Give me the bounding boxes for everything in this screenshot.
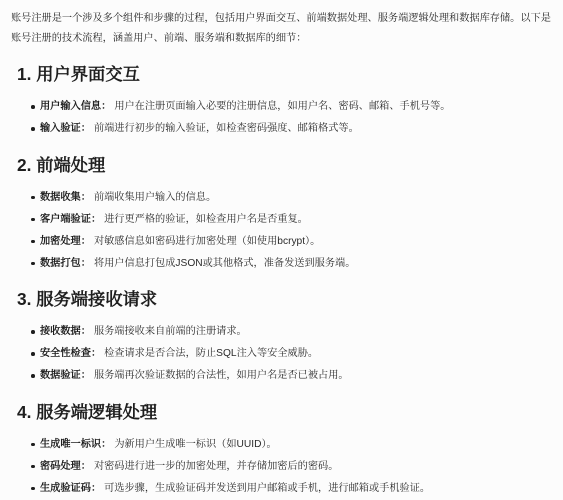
bullet-list: 生成唯一标识：为新用户生成唯一标识（如UUID）。 密码处理：对密码进行进一步的…	[11, 435, 552, 499]
bullet-item: 输入验证：前端进行初步的输入验证，如检查密码强度、邮箱格式等。	[11, 119, 552, 139]
bullet-item: 生成唯一标识：为新用户生成唯一标识（如UUID）。	[11, 435, 552, 455]
bullet-item: 数据收集：前端收集用户输入的信息。	[11, 188, 552, 208]
item-separator: ：	[81, 326, 91, 337]
item-label: 安全性检查	[40, 348, 91, 359]
item-separator: ：	[81, 192, 91, 203]
bullet-icon	[31, 240, 35, 244]
item-label: 接收数据	[40, 326, 81, 337]
bullet-item: 生成验证码：可选步骤，生成验证码并发送到用户邮箱或手机，进行邮箱或手机验证。	[11, 479, 552, 499]
item-label: 输入验证	[40, 123, 81, 134]
bullet-icon	[31, 196, 35, 200]
section: 2. 前端处理 数据收集：前端收集用户输入的信息。 客户端验证：进行更严格的验证…	[11, 155, 552, 274]
section: 4. 服务端逻辑处理 生成唯一标识：为新用户生成唯一标识（如UUID）。 密码处…	[11, 402, 552, 499]
item-text: 为新用户生成唯一标识（如UUID）。	[114, 439, 276, 450]
bullet-list: 接收数据：服务端接收来自前端的注册请求。 安全性检查：检查请求是否合法，防止SQ…	[11, 322, 552, 386]
item-text: 前端收集用户输入的信息。	[94, 192, 216, 203]
item-label: 用户输入信息	[40, 101, 101, 112]
item-text: 服务端再次验证数据的合法性，如用户名是否已被占用。	[94, 370, 349, 381]
item-separator: ：	[91, 348, 101, 359]
bullet-icon	[31, 352, 35, 356]
item-separator: ：	[101, 439, 111, 450]
item-text: 进行更严格的验证，如检查用户名是否重复。	[104, 214, 308, 225]
bullet-list: 用户输入信息：用户在注册页面输入必要的注册信息，如用户名、密码、邮箱、手机号等。…	[11, 97, 552, 139]
section: 1. 用户界面交互 用户输入信息：用户在注册页面输入必要的注册信息，如用户名、密…	[11, 64, 552, 139]
item-text: 对密码进行进一步的加密处理，并存储加密后的密码。	[94, 461, 339, 472]
document-body: 账号注册是一个涉及多个组件和步骤的过程，包括用户界面交互、前端数据处理、服务端逻…	[0, 0, 563, 498]
item-label: 客户端验证	[40, 214, 91, 225]
item-separator: ：	[101, 101, 111, 112]
bullet-item: 安全性检查：检查请求是否合法，防止SQL注入等安全威胁。	[11, 344, 552, 364]
item-separator: ：	[91, 214, 101, 225]
bullet-item: 数据验证：服务端再次验证数据的合法性，如用户名是否已被占用。	[11, 366, 552, 386]
bullet-item: 接收数据：服务端接收来自前端的注册请求。	[11, 322, 552, 342]
bullet-item: 数据打包：将用户信息打包成JSON或其他格式，准备发送到服务端。	[11, 254, 552, 274]
item-text: 检查请求是否合法，防止SQL注入等安全威胁。	[104, 348, 318, 359]
item-label: 数据收集	[40, 192, 81, 203]
item-text: 对敏感信息如密码进行加密处理（如使用bcrypt）。	[94, 236, 320, 247]
item-label: 密码处理	[40, 461, 81, 472]
section-heading: 3. 服务端接收请求	[17, 289, 552, 310]
item-text: 将用户信息打包成JSON或其他格式，准备发送到服务端。	[94, 258, 355, 269]
section-heading: 4. 服务端逻辑处理	[17, 402, 552, 423]
bullet-item: 客户端验证：进行更严格的验证，如检查用户名是否重复。	[11, 210, 552, 230]
item-text: 服务端接收来自前端的注册请求。	[94, 326, 247, 337]
bullet-item: 密码处理：对密码进行进一步的加密处理，并存储加密后的密码。	[11, 457, 552, 477]
item-separator: ：	[81, 258, 91, 269]
intro-paragraph: 账号注册是一个涉及多个组件和步骤的过程，包括用户界面交互、前端数据处理、服务端逻…	[11, 9, 552, 48]
item-label: 数据验证	[40, 370, 81, 381]
bullet-icon	[31, 105, 35, 109]
item-separator: ：	[81, 370, 91, 381]
bullet-item: 加密处理：对敏感信息如密码进行加密处理（如使用bcrypt）。	[11, 232, 552, 252]
bullet-icon	[31, 487, 35, 491]
item-text: 前端进行初步的输入验证，如检查密码强度、邮箱格式等。	[94, 123, 359, 134]
bullet-icon	[31, 127, 35, 131]
section: 3. 服务端接收请求 接收数据：服务端接收来自前端的注册请求。 安全性检查：检查…	[11, 289, 552, 386]
bullet-list: 数据收集：前端收集用户输入的信息。 客户端验证：进行更严格的验证，如检查用户名是…	[11, 188, 552, 274]
item-separator: ：	[81, 123, 91, 134]
item-separator: ：	[81, 236, 91, 247]
item-label: 数据打包	[40, 258, 81, 269]
sections-container: 1. 用户界面交互 用户输入信息：用户在注册页面输入必要的注册信息，如用户名、密…	[11, 64, 552, 498]
bullet-item: 用户输入信息：用户在注册页面输入必要的注册信息，如用户名、密码、邮箱、手机号等。	[11, 97, 552, 117]
item-label: 生成唯一标识	[40, 439, 101, 450]
item-text: 用户在注册页面输入必要的注册信息，如用户名、密码、邮箱、手机号等。	[114, 101, 450, 112]
item-label: 生成验证码	[40, 483, 91, 494]
item-separator: ：	[91, 483, 101, 494]
item-separator: ：	[81, 461, 91, 472]
section-heading: 1. 用户界面交互	[17, 64, 552, 85]
bullet-icon	[31, 465, 35, 469]
bullet-icon	[31, 330, 35, 334]
section-heading: 2. 前端处理	[17, 155, 552, 176]
bullet-icon	[31, 218, 35, 222]
bullet-icon	[31, 374, 35, 378]
bullet-icon	[31, 262, 35, 266]
item-text: 可选步骤，生成验证码并发送到用户邮箱或手机，进行邮箱或手机验证。	[104, 483, 430, 494]
bullet-icon	[31, 443, 35, 447]
item-label: 加密处理	[40, 236, 81, 247]
